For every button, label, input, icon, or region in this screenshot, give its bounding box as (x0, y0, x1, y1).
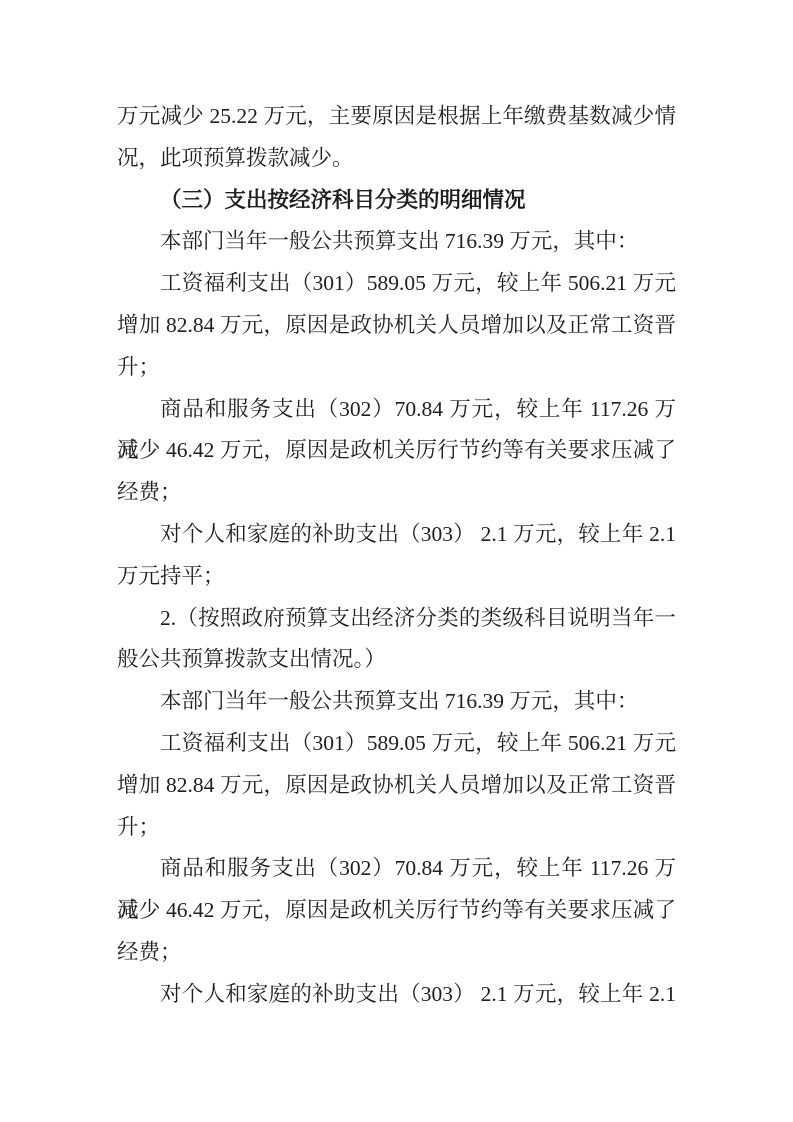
text-line: 增加 82.84 万元，原因是政协机关人员增加以及正常工资晋 (117, 305, 676, 347)
text-line: 2.（按照政府预算支出经济分类的类级科目说明当年一 (117, 598, 676, 640)
text-line: 工资福利支出（301）589.05 万元，较上年 506.21 万元 (117, 263, 676, 305)
text-line: 增加 82.84 万元，原因是政协机关人员增加以及正常工资晋 (117, 765, 676, 807)
document-body: 万元减少 25.22 万元，主要原因是根据上年缴费基数减少情况，此项预算拨款减少… (117, 96, 676, 1016)
text-line: 减少 46.42 万元，原因是政机关厉行节约等有关要求压减了 (117, 430, 676, 472)
text-line: 般公共预算拨款支出情况。） (117, 639, 676, 681)
text-line: 万元持平； (117, 556, 676, 598)
text-line: 商品和服务支出（302）70.84 万元，较上年 117.26 万 元 (117, 848, 676, 890)
text-line: 对个人和家庭的补助支出（303） 2.1 万元，较上年 2.1 (117, 974, 676, 1016)
text-line: 商品和服务支出（302）70.84 万元，较上年 117.26 万 元 (117, 389, 676, 431)
text-line: 减少 46.42 万元，原因是政机关厉行节约等有关要求压减了 (117, 890, 676, 932)
text-line: 况，此项预算拨款减少。 (117, 138, 676, 180)
text-line: 万元减少 25.22 万元，主要原因是根据上年缴费基数减少情 (117, 96, 676, 138)
text-line: 本部门当年一般公共预算支出 716.39 万元，其中： (117, 681, 676, 723)
text-line: 经费； (117, 932, 676, 974)
text-line: 升； (117, 807, 676, 849)
text-line: 工资福利支出（301）589.05 万元，较上年 506.21 万元 (117, 723, 676, 765)
text-line: 经费； (117, 472, 676, 514)
section-heading: （三）支出按经济科目分类的明细情况 (117, 180, 676, 222)
document-page: 万元减少 25.22 万元，主要原因是根据上年缴费基数减少情况，此项预算拨款减少… (0, 0, 793, 1122)
text-line: 本部门当年一般公共预算支出 716.39 万元，其中： (117, 221, 676, 263)
text-line: 对个人和家庭的补助支出（303） 2.1 万元，较上年 2.1 (117, 514, 676, 556)
text-line: 升； (117, 347, 676, 389)
